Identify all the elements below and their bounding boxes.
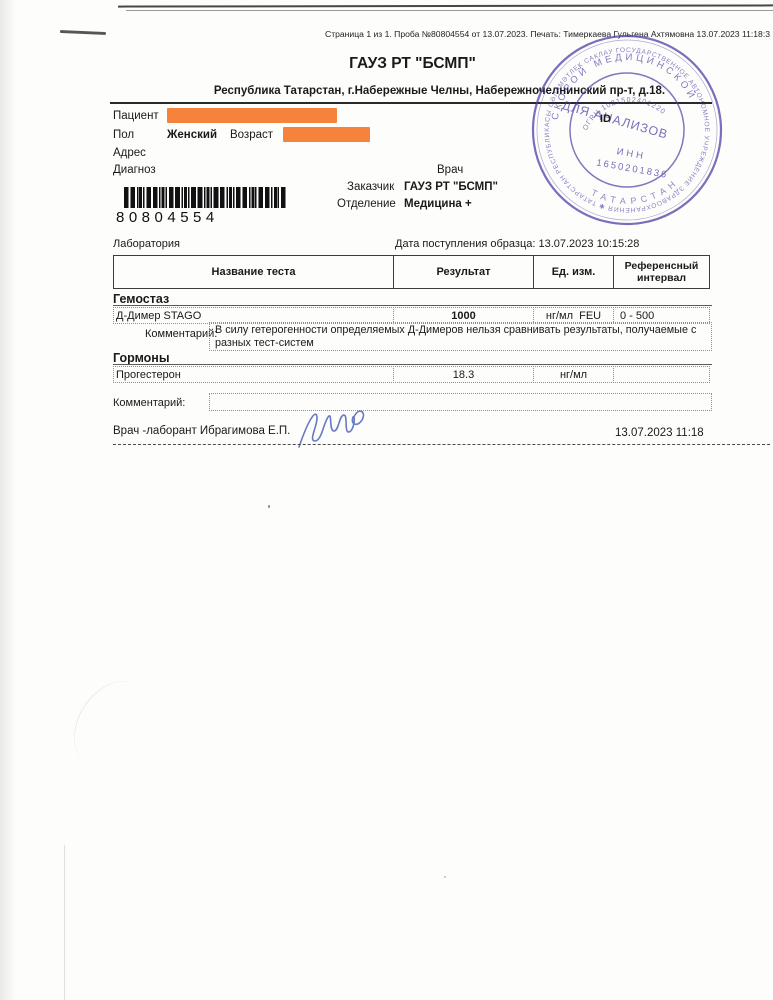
department-label: Отделение bbox=[337, 198, 396, 211]
customer-label: Заказчик bbox=[347, 181, 394, 194]
comment-label-hemostasis: Комментарий: bbox=[145, 328, 217, 341]
section-hormones: Гормоны bbox=[113, 351, 170, 365]
scan-artifact-vline bbox=[64, 845, 65, 1000]
col-header-result: Результат bbox=[393, 255, 534, 289]
comment-box-hormones bbox=[209, 393, 712, 411]
stamp-id-label: ID bbox=[600, 113, 611, 125]
col-header-ref: Референсный интервал bbox=[613, 255, 710, 289]
scan-speck bbox=[444, 876, 446, 878]
signed-datetime: 13.07.2023 11:18 bbox=[615, 427, 704, 440]
scan-artifact-line-top bbox=[118, 4, 773, 7]
customer-value: ГАУЗ РТ "БСМП" bbox=[404, 181, 498, 194]
section-hemostasis: Гемостаз bbox=[113, 292, 169, 306]
scan-artifact-line-top-2 bbox=[126, 10, 773, 11]
col-header-unit: Ед. изм. bbox=[533, 255, 614, 289]
clinic-stamp: ГОСУДАРСТВЕННОЕ АВТОНОМНОЕ УЧРЕЖДЕНИЕ ЗД… bbox=[527, 30, 727, 230]
doctor-label: Врач bbox=[437, 164, 463, 177]
scan-artifact-curve bbox=[58, 667, 168, 785]
comment-label-hormones: Комментарий: bbox=[113, 397, 185, 410]
sex-label: Пол bbox=[113, 129, 134, 142]
test-result: 18.3 bbox=[393, 366, 534, 383]
results-table-header: Название теста Результат Ед. изм. Рефере… bbox=[113, 255, 712, 289]
stamp-inn-label: ИНН bbox=[616, 146, 647, 162]
comment-box-hemostasis: В силу гетерогенности определяемых Д-Дим… bbox=[209, 322, 712, 351]
col-header-test: Название теста bbox=[113, 255, 394, 289]
age-redaction bbox=[283, 127, 370, 142]
scanned-lab-report: Страница 1 из 1. Проба №80804554 от 13.0… bbox=[0, 0, 773, 1000]
lab-label: Лаборатория bbox=[113, 238, 180, 251]
patient-name-redaction bbox=[167, 108, 337, 123]
lab-doctor-line: Врач -лаборант Ибрагимова Е.П. bbox=[113, 425, 290, 438]
sample-received-line: Дата поступления образца: 13.07.2023 10:… bbox=[395, 238, 639, 251]
diagnosis-label: Диагноз bbox=[113, 164, 156, 177]
stamp-inn-value: 1650201836 bbox=[595, 158, 669, 181]
sex-value: Женский bbox=[167, 129, 217, 142]
barcode bbox=[124, 187, 287, 208]
test-unit: нг/мл bbox=[533, 366, 614, 383]
test-ref-interval bbox=[613, 366, 710, 383]
scan-speck bbox=[268, 505, 270, 508]
test-name: Прогестерон bbox=[113, 366, 394, 383]
patient-name-label: Пациент bbox=[113, 110, 159, 123]
result-row-progesterone: Прогестерон 18.3 нг/мл bbox=[113, 366, 712, 383]
footer-dashed-rule bbox=[113, 444, 770, 445]
section-hemostasis-rule bbox=[113, 305, 712, 306]
department-value: Медицина + bbox=[404, 198, 472, 211]
barcode-number: 80804554 bbox=[116, 209, 219, 226]
scan-artifact-pen-mark bbox=[60, 30, 106, 35]
age-label: Возраст bbox=[230, 129, 273, 142]
address-label: Адрес bbox=[113, 147, 146, 160]
section-hormones-rule bbox=[113, 364, 712, 365]
